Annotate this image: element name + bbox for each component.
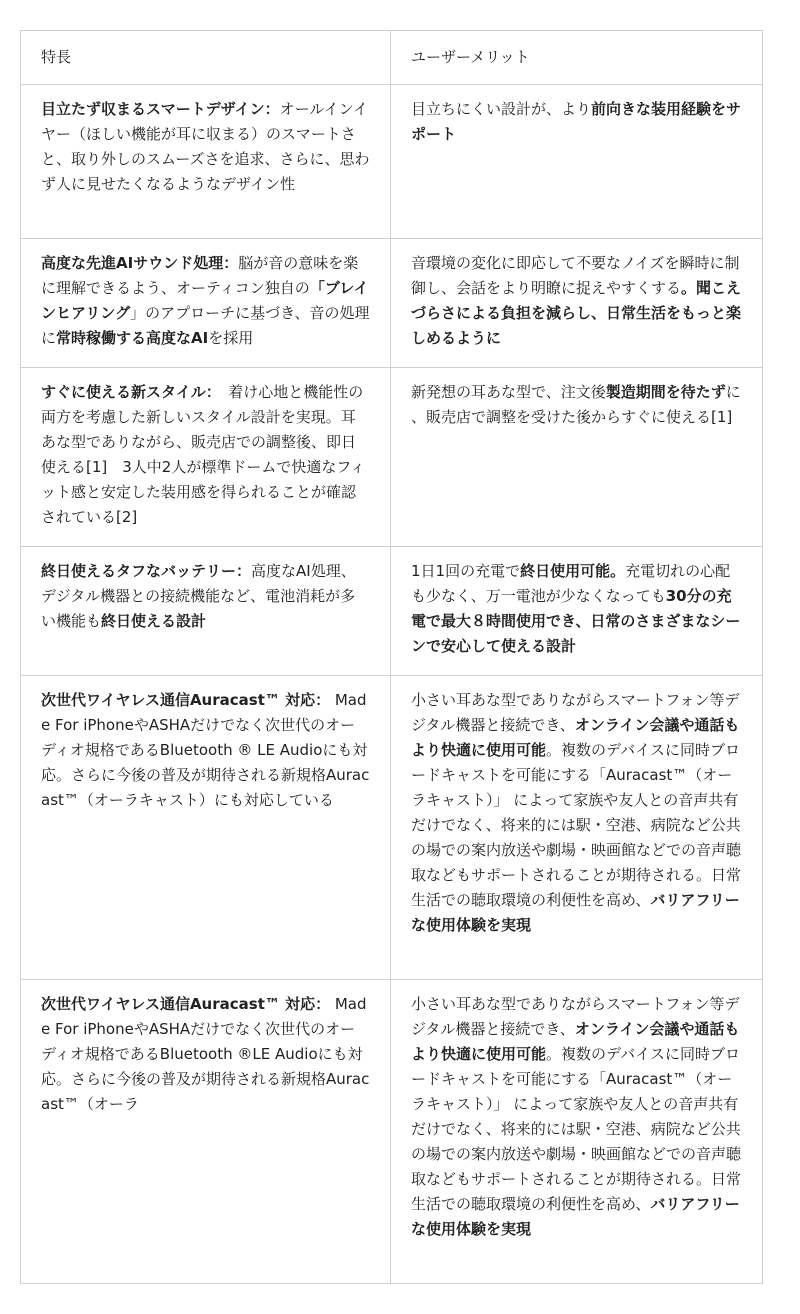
text: 。複数のデバイスに同時ブロードキャストを可能にする「Auracast™（オーラキ… bbox=[411, 741, 741, 909]
text: 着け心地と機能性の両方を考慮した新しいスタイル設計を実現。耳あな型でありながら、… bbox=[41, 383, 365, 526]
table-row: 高度な先進AIサウンド処理：脳が音の意味を楽に理解できるよう、オーティコン独自の… bbox=[21, 239, 763, 368]
table-row: すぐに使える新スタイル： 着け心地と機能性の両方を考慮した新しいスタイル設計を実… bbox=[21, 368, 763, 547]
merit-cell: 目立ちにくい設計が、より前向きな装用経験をサポート bbox=[391, 85, 763, 239]
text: 新発想の耳あな型で、注文後 bbox=[411, 383, 606, 401]
bold-text: 終日使用可能。 bbox=[520, 562, 625, 580]
feature-cell: 次世代ワイヤレス通信Auracast™ 対応： Made For iPhoneや… bbox=[21, 980, 391, 1284]
table-row: 次世代ワイヤレス通信Auracast™ 対応： Made For iPhoneや… bbox=[21, 676, 763, 980]
table-row: 次世代ワイヤレス通信Auracast™ 対応： Made For iPhoneや… bbox=[21, 980, 763, 1284]
merit-cell: 音環境の変化に即応して不要なノイズを瞬時に制御し、会話をより明瞭に捉えやすくする… bbox=[391, 239, 763, 368]
feature-cell: 次世代ワイヤレス通信Auracast™ 対応： Made For iPhoneや… bbox=[21, 676, 391, 980]
table-row: 目立たず収まるスマートデザイン：オールインイヤー（ほしい機能が耳に収まる）のスマ… bbox=[21, 85, 763, 239]
text: 。複数のデバイスに同時ブロードキャストを可能にする「Auracast™（オーラキ… bbox=[411, 1045, 741, 1213]
bold-text: 次世代ワイヤレス通信Auracast™ 対応： bbox=[41, 995, 330, 1013]
feature-comparison-table-container: 特長 ユーザーメリット 目立たず収まるスマートデザイン：オールインイヤー（ほしい… bbox=[20, 30, 762, 1284]
bold-text: 終日使える設計 bbox=[101, 612, 206, 630]
bold-text: 常時稼働する高度なAI bbox=[56, 329, 208, 347]
bold-text: 終日使えるタフなバッテリー： bbox=[41, 562, 251, 580]
text: 目立ちにくい設計が、より bbox=[411, 100, 591, 118]
merit-cell: 小さい耳あな型でありながらスマートフォン等デジタル機器と接続でき、オンライン会議… bbox=[391, 676, 763, 980]
bold-text: 次世代ワイヤレス通信Auracast™ 対応： bbox=[41, 691, 330, 709]
bold-text: 目立たず収まるスマートデザイン： bbox=[41, 100, 280, 118]
merit-cell: 1日1回の充電で終日使用可能。充電切れの心配も少なく、万一電池が少なくなっても3… bbox=[391, 547, 763, 676]
bold-text: すぐに使える新スタイル： bbox=[41, 383, 213, 401]
header-feature: 特長 bbox=[21, 31, 391, 85]
bold-text: 製造期間を待たず bbox=[606, 383, 726, 401]
text: 1日1回の充電で bbox=[411, 562, 520, 580]
merit-cell: 新発想の耳あな型で、注文後製造期間を待たずに、販売店で調整を受けた後からすぐに使… bbox=[391, 368, 763, 547]
merit-cell: 小さい耳あな型でありながらスマートフォン等デジタル機器と接続でき、オンライン会議… bbox=[391, 980, 763, 1284]
feature-comparison-table: 特長 ユーザーメリット 目立たず収まるスマートデザイン：オールインイヤー（ほしい… bbox=[20, 30, 763, 1284]
feature-cell: 目立たず収まるスマートデザイン：オールインイヤー（ほしい機能が耳に収まる）のスマ… bbox=[21, 85, 391, 239]
table-header-row: 特長 ユーザーメリット bbox=[21, 31, 763, 85]
bold-text: 高度な先進AIサウンド処理： bbox=[41, 254, 238, 272]
text: を採用 bbox=[208, 329, 253, 347]
table-row: 終日使えるタフなバッテリー：高度なAI処理、デジタル機器との接続機能など、電池消… bbox=[21, 547, 763, 676]
feature-cell: すぐに使える新スタイル： 着け心地と機能性の両方を考慮した新しいスタイル設計を実… bbox=[21, 368, 391, 547]
header-user-merit: ユーザーメリット bbox=[391, 31, 763, 85]
feature-cell: 終日使えるタフなバッテリー：高度なAI処理、デジタル機器との接続機能など、電池消… bbox=[21, 547, 391, 676]
feature-cell: 高度な先進AIサウンド処理：脳が音の意味を楽に理解できるよう、オーティコン独自の… bbox=[21, 239, 391, 368]
